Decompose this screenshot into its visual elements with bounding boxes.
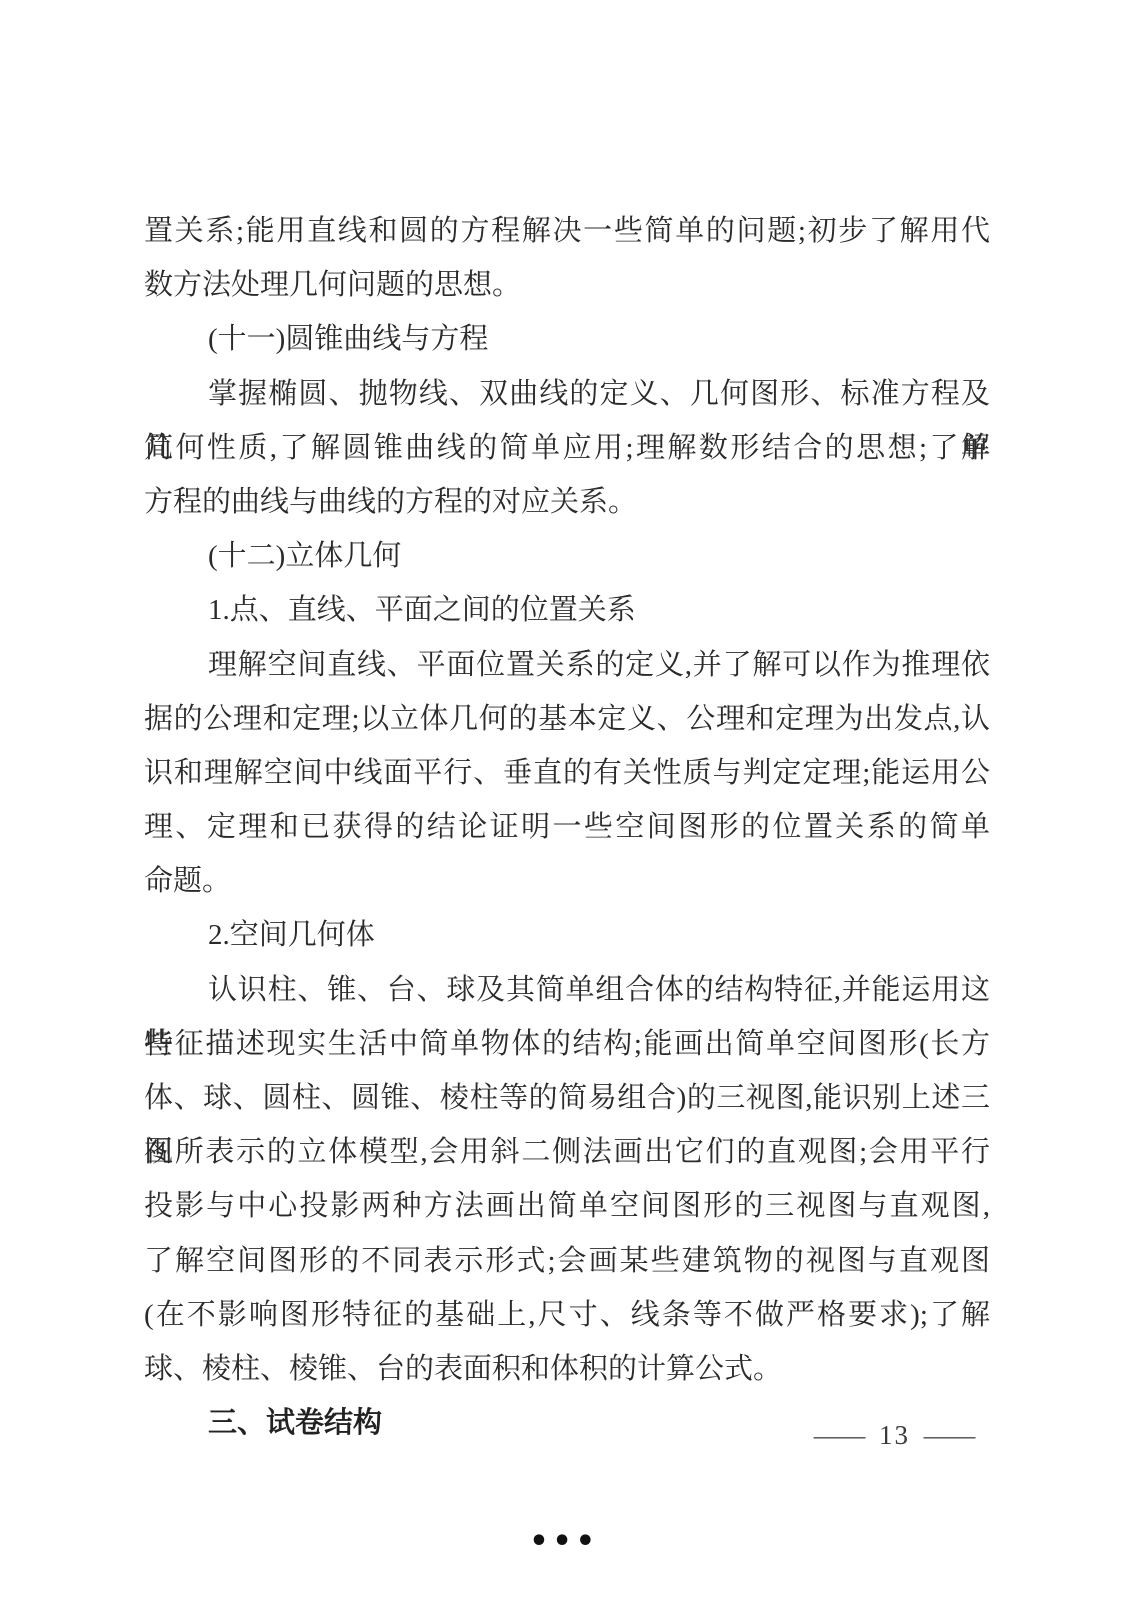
document-line: (十二)立体几何	[144, 529, 990, 583]
document-line: 方程的曲线与曲线的方程的对应关系。	[144, 475, 990, 529]
document-line: 了解空间图形的不同表示形式;会画某些建筑物的视图与直观图	[144, 1234, 990, 1288]
document-line: 图所表示的立体模型,会用斜二侧法画出它们的直观图;会用平行	[144, 1125, 990, 1179]
document-line: 特征描述现实生活中简单物体的结构;能画出简单空间图形(长方	[144, 1017, 990, 1071]
document-line: (十一)圆锥曲线与方程	[144, 312, 990, 366]
document-line: 投影与中心投影两种方法画出简单空间图形的三视图与直观图,	[144, 1179, 990, 1233]
document-line: 2.空间几何体	[144, 908, 990, 962]
document-line: 球、棱柱、棱锥、台的表面积和体积的计算公式。	[144, 1342, 990, 1396]
footer-dots: •••	[529, 1524, 599, 1559]
document-text-block: 置关系;能用直线和圆的方程解决一些简单的问题;初步了解用代数方法处理几何问题的思…	[144, 204, 990, 1450]
document-line: 理、定理和已获得的结论证明一些空间图形的位置关系的简单	[144, 800, 990, 854]
document-line: 据的公理和定理;以立体几何的基本定义、公理和定理为出发点,认	[144, 692, 990, 746]
document-line: (在不影响图形特征的基础上,尺寸、线条等不做严格要求);了解	[144, 1288, 990, 1342]
document-line: 命题。	[144, 854, 990, 908]
scanned-document-page: 置关系;能用直线和圆的方程解决一些简单的问题;初步了解用代数方法处理几何问题的思…	[0, 0, 1131, 1600]
document-line: 识和理解空间中线面平行、垂直的有关性质与判定定理;能运用公	[144, 746, 990, 800]
document-line: 掌握椭圆、抛物线、双曲线的定义、几何图形、标准方程及简单	[144, 367, 990, 421]
document-line: 几何性质,了解圆锥曲线的简单应用;理解数形结合的思想;了解	[144, 421, 990, 475]
document-line: 理解空间直线、平面位置关系的定义,并了解可以作为推理依	[144, 638, 990, 692]
document-line: 体、球、圆柱、圆锥、棱柱等的简易组合)的三视图,能识别上述三视	[144, 1071, 990, 1125]
page-number: 13	[879, 1420, 910, 1451]
document-line: 数方法处理几何问题的思想。	[144, 258, 990, 312]
footer-dash-right: —	[924, 1420, 975, 1451]
document-line: 置关系;能用直线和圆的方程解决一些简单的问题;初步了解用代	[144, 204, 990, 258]
document-line: 认识柱、锥、台、球及其简单组合体的结构特征,并能运用这些	[144, 963, 990, 1017]
document-line: 1.点、直线、平面之间的位置关系	[144, 583, 990, 637]
page-number-footer: —13—	[826, 1420, 963, 1451]
footer-dash-left: —	[814, 1420, 865, 1451]
